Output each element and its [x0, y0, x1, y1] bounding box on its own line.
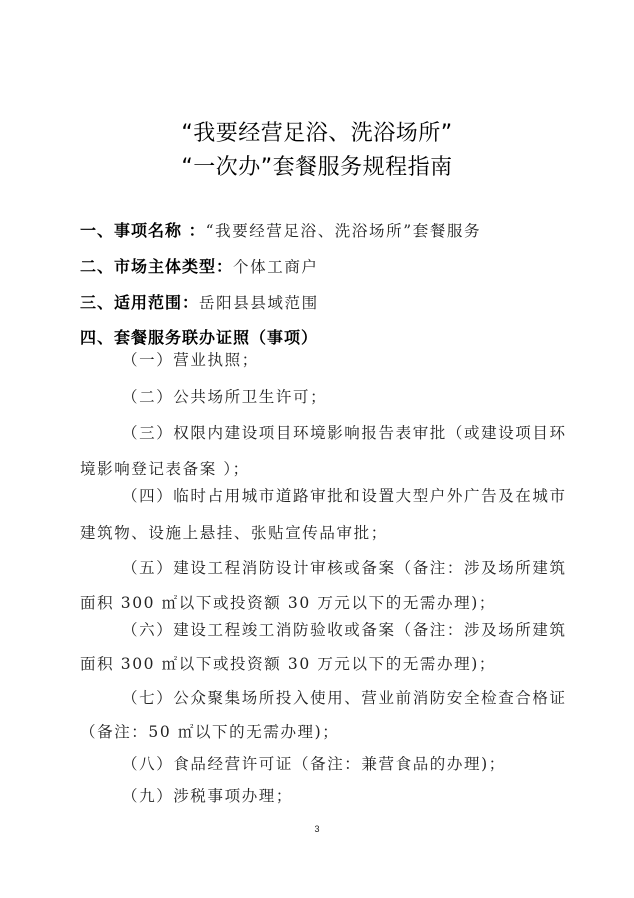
list-item-continued: 建筑物、设施上悬挂、张贴宣传品审批；	[80, 521, 388, 543]
section-services: 四、套餐服务联办证照（事项）	[80, 325, 318, 348]
list-item-continued: 境影响登记表备案 ）；	[80, 457, 250, 479]
list-item: （八）食品经营许可证（备注：兼营食品的办理)；	[122, 752, 506, 774]
section-value: 岳阳县县域范围	[199, 294, 319, 312]
section-item-name: 一、事项名称 ：“我要经营足浴、洗浴场所”套餐服务	[80, 218, 481, 241]
section-value: 个体工商户	[233, 258, 319, 276]
section-heading: 四、套餐服务联办证照（事项）	[80, 328, 318, 347]
section-entity-type: 二、市场主体类型：个体工商户	[80, 254, 319, 277]
list-item: （三）权限内建设项目环境影响报告表审批（或建设项目环	[122, 421, 567, 443]
section-value: “我要经营足浴、洗浴场所”套餐服务	[206, 222, 482, 240]
document-title-line-1: “我要经营足浴、洗浴场所”	[0, 116, 634, 147]
list-item: （一）营业执照；	[122, 348, 259, 370]
page-number: 3	[0, 824, 634, 834]
list-item: （五）建设工程消防设计审核或备案（备注：涉及场所建筑	[122, 556, 567, 578]
list-item: （七）公众聚集场所投入使用、营业前消防安全检查合格证	[122, 686, 567, 708]
list-item-continued: 面积 300 ㎡以下或投资额 30 万元以下的无需办理)；	[80, 652, 496, 674]
section-heading: 二、市场主体类型：	[80, 257, 233, 276]
document-title-line-2: “一次办”套餐服务规程指南	[0, 150, 634, 181]
list-item: （二）公共场所卫生许可；	[122, 385, 327, 407]
section-heading: 三、适用范围：	[80, 293, 199, 312]
list-item: （九）涉税事项办理；	[122, 784, 293, 806]
section-heading: 一、事项名称 ：	[80, 221, 206, 240]
list-item-continued: 面积 300 ㎡以下或投资额 30 万元以下的无需办理)；	[80, 591, 496, 613]
list-item-continued: （备注：50 ㎡以下的无需办理)；	[80, 720, 339, 742]
list-item: （四）临时占用城市道路审批和设置大型户外广告及在城市	[122, 484, 567, 506]
list-item: （六）建设工程竣工消防验收或备案（备注：涉及场所建筑	[122, 618, 567, 640]
section-scope: 三、适用范围：岳阳县县域范围	[80, 290, 319, 313]
